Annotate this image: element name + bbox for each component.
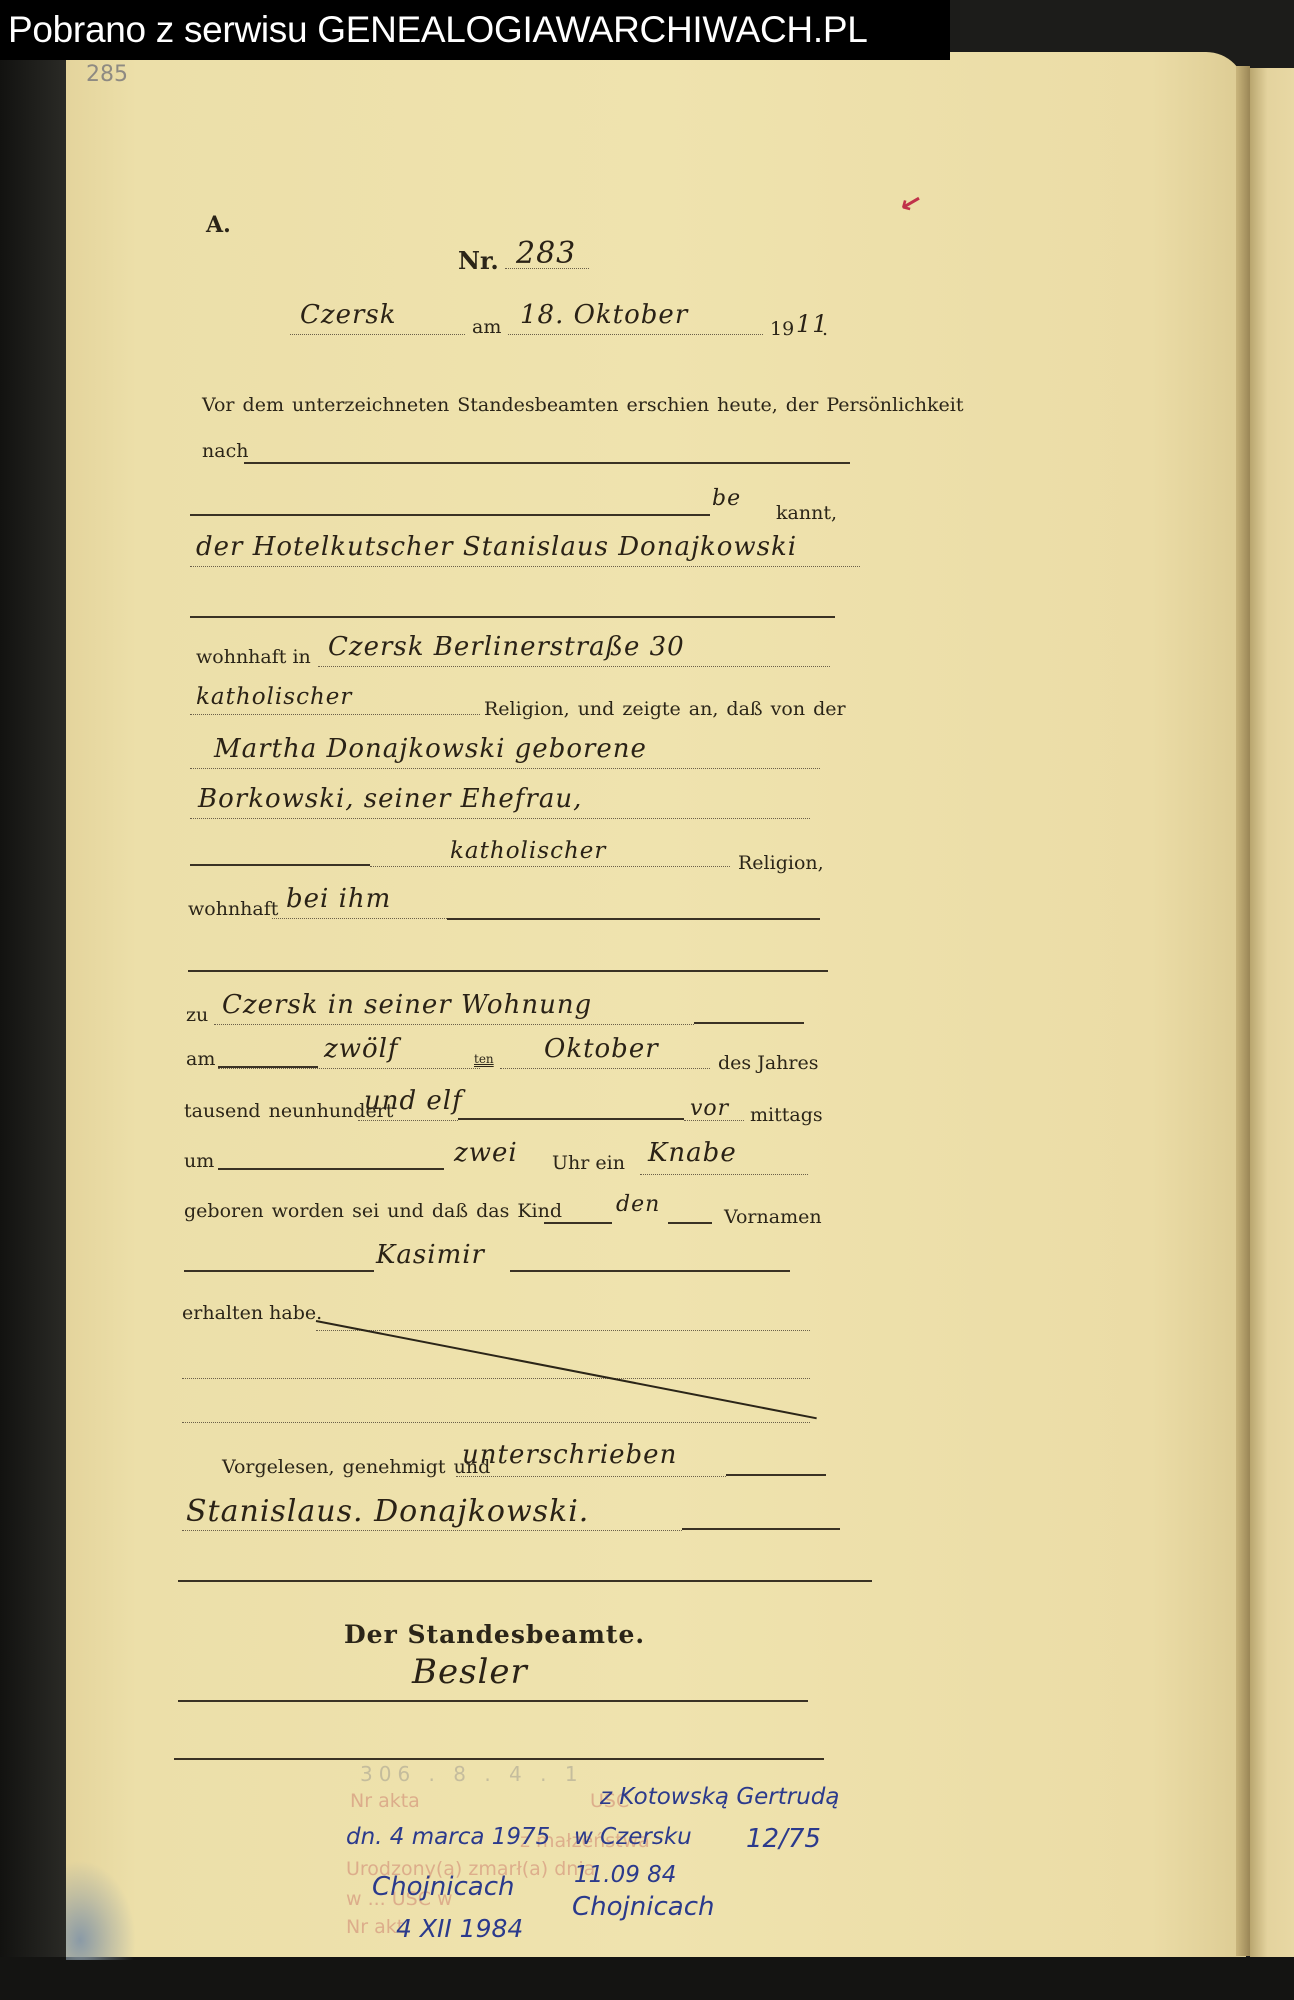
religion-zeigte-label: Religion, und zeigte an, daß von der — [484, 698, 846, 720]
year-period: . — [822, 318, 828, 340]
next-page-strip — [1250, 68, 1294, 1958]
geboren-label: geboren worden sei und daß das Kind — [184, 1200, 562, 1222]
bekannt-label: kannt, — [776, 502, 837, 524]
date-value: 18. Oktober — [520, 300, 688, 330]
wohnhaft-label: wohnhaft — [188, 898, 278, 920]
child-sex: Knabe — [648, 1138, 737, 1168]
marriage-note-act: 12/75 — [746, 1824, 821, 1854]
death-note-date: 11.09 84 — [574, 1862, 676, 1888]
birth-year-words: und elf — [364, 1086, 463, 1116]
death-note-place-2: Chojnicach — [572, 1892, 714, 1922]
bekannt-prefix: be — [712, 486, 741, 511]
download-source-banner: Pobrano z serwisu GENEALOGIAWARCHIWACH.P… — [0, 0, 950, 60]
am-day-label: am — [186, 1048, 215, 1070]
birth-hour: zwei — [454, 1138, 518, 1168]
death-note-place: Chojnicach — [372, 1872, 514, 1902]
vor-value: vor — [690, 1096, 729, 1121]
am-label: am — [472, 316, 501, 338]
marriage-note-spouse: z Kotowską Gertrudą — [600, 1784, 840, 1810]
birth-month: Oktober — [544, 1034, 659, 1064]
tausend-label: tausend neunhundert — [184, 1100, 393, 1122]
faint-stamp-top: 306 . 8 . 4 . 1 — [360, 1762, 584, 1786]
stamp-nr-akta: Nr akta — [350, 1790, 420, 1812]
intro-text: Vor dem unterzeichneten Standesbeamten e… — [202, 394, 964, 416]
number-label: Nr. — [458, 246, 499, 275]
des-jahres-label: des Jahres — [718, 1052, 818, 1074]
uhr-ein-label: Uhr ein — [552, 1152, 625, 1174]
mittags-label: mittags — [750, 1104, 823, 1126]
nach-label: nach — [202, 440, 248, 462]
marriage-note-place: w Czersku — [574, 1824, 692, 1850]
zu-label: zu — [186, 1004, 208, 1026]
religion-mother: katholischer — [450, 838, 606, 864]
birth-place: Czersk in seiner Wohnung — [222, 990, 592, 1020]
den-value: den — [616, 1192, 660, 1217]
year-prefix: 19 — [770, 318, 794, 340]
pencil-page-number: 285 — [86, 62, 128, 87]
marriage-note-date: dn. 4 marca 1975 — [346, 1824, 550, 1850]
um-label: um — [184, 1150, 214, 1172]
religion-label: Religion, — [738, 852, 824, 874]
child-first-name: Kasimir — [376, 1240, 485, 1270]
birth-day: zwölf — [324, 1034, 399, 1064]
page-edge-shadow — [1236, 66, 1250, 1956]
erhalten-label: erhalten habe. — [182, 1302, 322, 1324]
declarant-signature: Stanislaus. Donajkowski. — [186, 1494, 589, 1529]
declarant-name: der Hotelkutscher Stanislaus Donajkowski — [196, 532, 797, 562]
book-bottom-edge — [0, 1957, 1294, 2000]
religion-declarant: katholischer — [196, 684, 352, 710]
ten-label: ten — [474, 1052, 494, 1066]
death-note-record-date: 4 XII 1984 — [396, 1914, 523, 1943]
vornamen-label: Vornamen — [724, 1206, 822, 1228]
mother-residence: bei ihm — [286, 884, 391, 914]
mother-name-line2: Borkowski, seiner Ehefrau, — [198, 784, 582, 814]
registrar-title: Der Standesbeamte. — [344, 1620, 645, 1649]
mother-name-line1: Martha Donajkowski geborene — [214, 734, 647, 764]
wohnhaft-in-label: wohnhaft in — [196, 646, 311, 668]
unterschrieben-value: unterschrieben — [462, 1440, 677, 1470]
residence-value: Czersk Berlinerstraße 30 — [328, 632, 685, 662]
place-value: Czersk — [300, 300, 397, 330]
record-number: 283 — [516, 236, 576, 271]
water-stain — [66, 1860, 136, 1960]
registrar-signature: Besler — [412, 1652, 528, 1692]
section-letter: A. — [206, 212, 231, 238]
book-cover-left — [0, 40, 66, 1980]
vorgelesen-label: Vorgelesen, genehmigt und — [222, 1456, 490, 1478]
